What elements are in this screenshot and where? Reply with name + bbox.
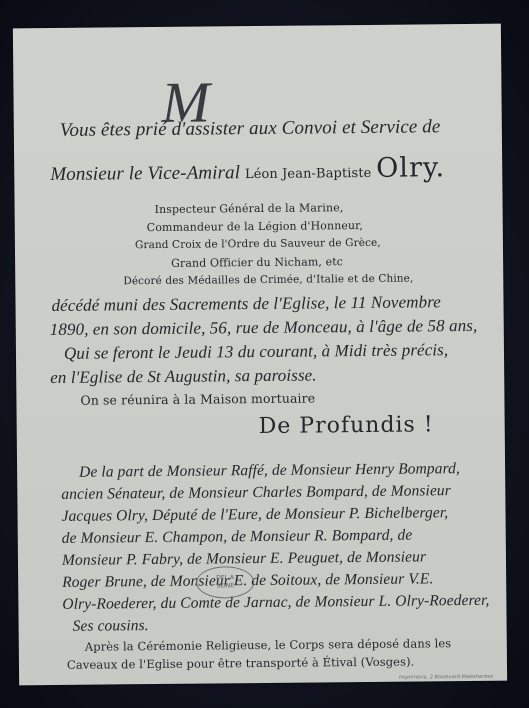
prayer-heading: De Profundis ! [259, 412, 434, 439]
family-line: De la part de Monsieur Raffé, de Monsieu… [79, 460, 460, 482]
gathering-line: On se réunira à la Maison mortuaire [80, 390, 315, 407]
family-line: Ses cousins. [73, 617, 149, 636]
family-line: de Monsieur E. Champon, de Monsieur R. B… [62, 527, 413, 548]
after-ceremony-line: Après la Cérémonie Religieuse, le Corps … [85, 636, 452, 654]
title-line: Grand Officier du Nicham, etc [171, 255, 343, 270]
body-line: Qui se feront le Jeudi 13 du courant, à … [64, 340, 448, 364]
family-line: Monsieur P. Fabry, de Monsieur E. Peugue… [62, 548, 426, 569]
body-line: en l'Eglise de St Augustin, sa paroisse. [50, 365, 317, 388]
body-line: décédé muni des Sacrements de l'Eglise, … [51, 292, 441, 316]
title-line: Grand Croix de l'Ordre du Sauveur de Grè… [135, 237, 381, 251]
body-line: 1890, en son domicile, 56, rue de Moncea… [50, 316, 478, 340]
honorific: Monsieur le Vice-Amiral [50, 162, 240, 185]
after-ceremony-line: Caveaux de l'Eglise pour être transporté… [67, 655, 415, 672]
given-names: Léon Jean-Baptiste [245, 166, 372, 182]
title-line: Commandeur de la Légion d'Honneur, [147, 219, 363, 234]
deceased-name-line: Monsieur le Vice-Amiral Léon Jean-Baptis… [50, 152, 445, 187]
invitation-line: Vous êtes prié d'assister aux Convoi et … [60, 116, 441, 142]
funeral-announcement-card: M Vous êtes prié d'assister aux Convoi e… [13, 24, 507, 686]
family-line: Jacques Olry, Député de l'Eure, de Monsi… [61, 504, 448, 526]
title-line: Décoré des Médailles de Crimée, d'Italie… [123, 273, 413, 288]
family-line: ancien Sénateur, de Monsieur Charles Bom… [61, 482, 451, 504]
stamp-text: SEINE [197, 582, 253, 591]
printer-mark: Imprimerie, 2 Boulevard Malesherbes [399, 674, 493, 681]
title-line: Inspecteur Général de la Marine, [155, 201, 344, 216]
family-line: Olry-Roederer, du Comte de Jarnac, de Mo… [62, 592, 489, 614]
surname: Olry. [376, 152, 445, 184]
